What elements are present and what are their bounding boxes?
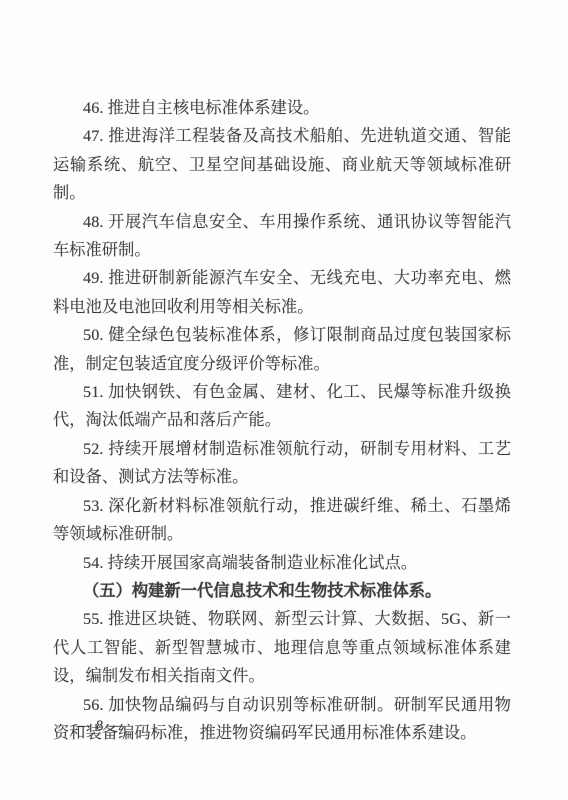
list-item-51: 51. 加快钢铁、有色金属、建材、化工、民爆等标准升级换代，淘汰低端产品和落后产… [53, 378, 511, 435]
list-item-53: 53. 深化新材料标准领航行动，推进碳纤维、稀土、石墨烯等领域标准研制。 [53, 492, 511, 549]
document-body: 46. 推进自主核电标准体系建设。 47. 推进海洋工程装备及高技术船舶、先进轨… [53, 94, 511, 747]
list-item-54: 54. 持续开展国家高端装备制造业标准化试点。 [53, 549, 511, 577]
page-footer: — 8 — [53, 716, 511, 736]
document-page: 46. 推进自主核电标准体系建设。 47. 推进海洋工程装备及高技术船舶、先进轨… [0, 0, 568, 800]
list-item-50: 50. 健全绿色包装标准体系，修订限制商品过度包装国家标准，制定包装适宜度分级评… [53, 321, 511, 378]
list-item-52: 52. 持续开展增材制造标准领航行动，研制专用材料、工艺和设备、测试方法等标准。 [53, 435, 511, 492]
list-item-47: 47. 推进海洋工程装备及高技术船舶、先进轨道交通、智能运输系统、航空、卫星空间… [53, 122, 511, 207]
list-item-46: 46. 推进自主核电标准体系建设。 [53, 94, 511, 122]
page-number: — 8 — [53, 716, 511, 736]
list-item-48: 48. 开展汽车信息安全、车用操作系统、通讯协议等智能汽车标准研制。 [53, 208, 511, 265]
section-heading-5: （五）构建新一代信息技术和生物技术标准体系。 [53, 577, 511, 605]
list-item-49: 49. 推进研制新能源汽车安全、无线充电、大功率充电、燃料电池及电池回收利用等相… [53, 264, 511, 321]
list-item-55: 55. 推进区块链、物联网、新型云计算、大数据、5G、新一代人工智能、新型智慧城… [53, 605, 511, 690]
